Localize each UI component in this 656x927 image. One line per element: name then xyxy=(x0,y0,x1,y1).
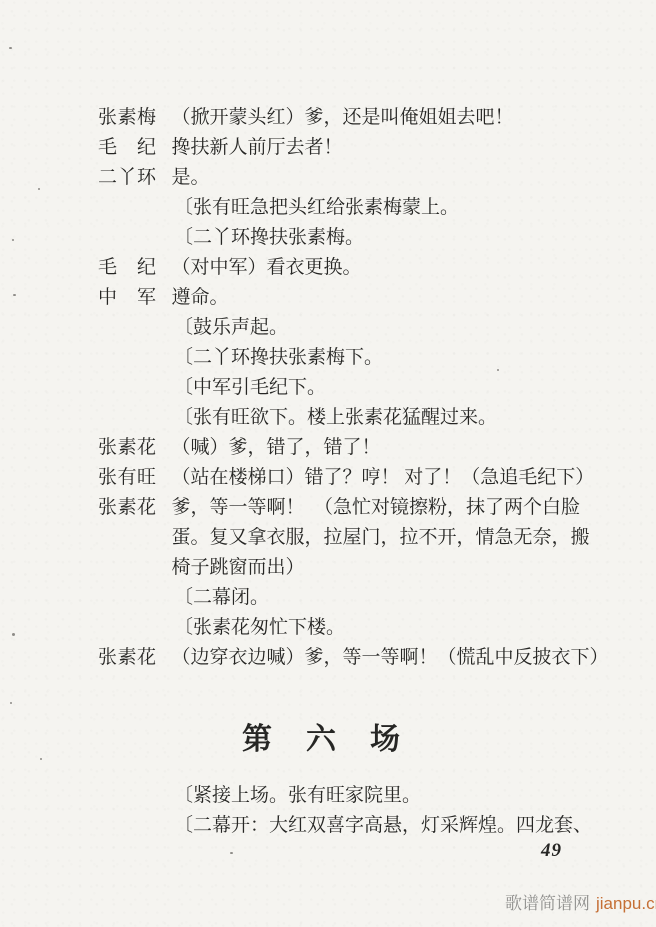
script-line: 〔二丫环搀扶张素梅。 xyxy=(98,223,608,253)
speaker-name xyxy=(98,781,155,811)
script-line: 〔二幕闭。 xyxy=(98,583,608,613)
speaker-name: 二丫环 xyxy=(98,163,157,193)
dialogue-section: 张素梅 （掀开蒙头红）爹，还是叫俺姐姐去吧！ 毛 纪 搀扶新人前厅去者！ 二丫环… xyxy=(98,103,608,673)
scan-speck xyxy=(38,188,40,190)
speaker-name xyxy=(98,223,155,253)
speaker-name xyxy=(98,373,155,403)
speaker-name: 张素花 xyxy=(98,433,157,463)
scan-speck xyxy=(9,47,12,49)
scan-speck xyxy=(230,852,233,854)
speaker-name: 毛 纪 xyxy=(98,253,157,283)
script-line: 毛 纪 （对中军）看衣更换。 xyxy=(98,253,608,283)
line-text: （喊）爹，错了，错了！ xyxy=(172,433,381,463)
script-line: 〔张有旺急把头红给张素梅蒙上。 xyxy=(98,193,608,223)
line-text: 〔张素花匆忙下楼。 xyxy=(170,613,345,643)
script-body: 张素梅 （掀开蒙头红）爹，还是叫俺姐姐去吧！ 毛 纪 搀扶新人前厅去者！ 二丫环… xyxy=(98,103,608,841)
script-line: 〔中军引毛纪下。 xyxy=(98,373,608,403)
speaker-name: 张素花 xyxy=(98,643,157,673)
speaker-name xyxy=(98,193,155,223)
script-line: 张有旺 （站在楼梯口）错了？哼！ 对了！（急追毛纪下） xyxy=(98,463,608,493)
speaker-name: 毛 纪 xyxy=(98,133,157,163)
line-text: 〔二丫环搀扶张素梅。 xyxy=(170,223,364,253)
scan-speck xyxy=(12,633,15,636)
scene-title: 第 六 场 xyxy=(98,719,608,761)
line-text: （边穿衣边喊）爹，等一等啊！（慌乱中反披衣下） xyxy=(172,643,608,673)
speaker-name xyxy=(98,613,155,643)
script-line: 〔张有旺欲下。楼上张素花猛醒过来。 xyxy=(98,403,608,433)
line-text: 搀扶新人前厅去者！ xyxy=(172,133,343,163)
speaker-name: 张有旺 xyxy=(98,463,157,493)
script-line: 〔张素花匆忙下楼。 xyxy=(98,613,608,643)
script-line: 〔鼓乐声起。 xyxy=(98,313,608,343)
script-line: 〔二丫环搀扶张素梅下。 xyxy=(98,343,608,373)
scan-speck xyxy=(40,758,42,760)
line-text: 爹，等一等啊！ （急忙对镜擦粉，抹了两个白脸蛋。复又拿衣服，拉屋门，拉不开，情急… xyxy=(172,493,608,583)
line-text: 〔中军引毛纪下。 xyxy=(170,373,326,403)
watermark-site-name: 歌谱简谱网 xyxy=(505,894,590,913)
script-line: 张素花 （边穿衣边喊）爹，等一等啊！（慌乱中反披衣下） xyxy=(98,643,608,673)
speaker-name xyxy=(98,313,155,343)
speaker-name xyxy=(98,343,155,373)
script-line: 毛 纪 搀扶新人前厅去者！ xyxy=(98,133,608,163)
line-text: 〔鼓乐声起。 xyxy=(170,313,288,343)
line-text: 〔二幕开：大红双喜字高悬，灯采辉煌。四龙套、 xyxy=(170,811,592,841)
line-text: 〔紧接上场。张有旺家院里。 xyxy=(170,781,421,811)
line-text: 是。 xyxy=(172,163,210,193)
line-text: （对中军）看衣更换。 xyxy=(172,253,362,283)
line-text: （站在楼梯口）错了？哼！ 对了！（急追毛纪下） xyxy=(172,463,595,493)
watermark-site-url: jianpu.cn xyxy=(596,894,656,913)
watermark: 歌谱简谱网jianpu.cn xyxy=(505,889,656,914)
scan-speck xyxy=(12,239,14,241)
line-text: 遵命。 xyxy=(172,283,229,313)
line-text: 〔张有旺欲下。楼上张素花猛醒过来。 xyxy=(170,403,497,433)
speaker-name: 张素花 xyxy=(98,493,157,583)
line-text: （掀开蒙头红）爹，还是叫俺姐姐去吧！ xyxy=(172,103,514,133)
line-text: 〔张有旺急把头红给张素梅蒙上。 xyxy=(170,193,459,223)
script-line: 〔紧接上场。张有旺家院里。 xyxy=(98,781,608,811)
script-line: 中 军 遵命。 xyxy=(98,283,608,313)
speaker-name xyxy=(98,403,155,433)
script-line: 张素梅 （掀开蒙头红）爹，还是叫俺姐姐去吧！ xyxy=(98,103,608,133)
scanned-script-page: 张素梅 （掀开蒙头红）爹，还是叫俺姐姐去吧！ 毛 纪 搀扶新人前厅去者！ 二丫环… xyxy=(0,0,656,927)
line-text: 〔二幕闭。 xyxy=(170,583,269,613)
script-line: 张素花 （喊）爹，错了，错了！ xyxy=(98,433,608,463)
scan-speck xyxy=(10,702,12,704)
speaker-name: 中 军 xyxy=(98,283,157,313)
scene-opening-section: 〔紧接上场。张有旺家院里。 〔二幕开：大红双喜字高悬，灯采辉煌。四龙套、 xyxy=(98,781,608,841)
speaker-name xyxy=(98,583,155,613)
script-line: 张素花 爹，等一等啊！ （急忙对镜擦粉，抹了两个白脸蛋。复又拿衣服，拉屋门，拉不… xyxy=(98,493,608,583)
script-line: 二丫环 是。 xyxy=(98,163,608,193)
line-text: 〔二丫环搀扶张素梅下。 xyxy=(170,343,383,373)
scan-speck xyxy=(13,294,16,296)
speaker-name: 张素梅 xyxy=(98,103,157,133)
script-line: 〔二幕开：大红双喜字高悬，灯采辉煌。四龙套、 xyxy=(98,811,608,841)
page-number: 49 xyxy=(541,840,562,862)
speaker-name xyxy=(98,811,155,841)
